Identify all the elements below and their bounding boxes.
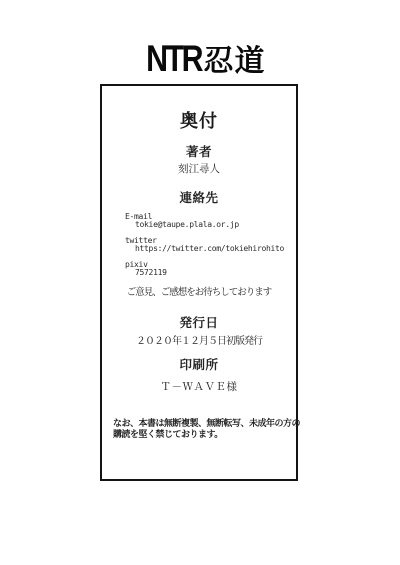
contact-item-pixiv: pixiv 7572119	[125, 261, 296, 277]
printer-section-label: 印刷所	[102, 359, 296, 372]
disclaimer-line-2: 購読を堅く禁じております。	[113, 429, 285, 440]
contact-list: E-mail tokie@taupe.plala.or.jp twitter h…	[102, 213, 296, 277]
publication-date-label: 発行日	[102, 317, 296, 330]
disclaimer: なお、本書は無断複製、無断転写、未成年の方の 購読を堅く禁じております。	[102, 418, 296, 440]
colophon-box: 奥付 著者 刻江尋人 連絡先 E-mail tokie@taupe.plala.…	[100, 84, 298, 481]
pixiv-id: 7572119	[125, 269, 296, 277]
feedback-note: ご意見、ご感想をお待ちしております	[102, 288, 296, 298]
email-value: tokie@taupe.plala.or.jp	[125, 221, 296, 229]
twitter-url: https://twitter.com/tokiehirohito	[125, 245, 296, 253]
author-name: 刻江尋人	[102, 164, 296, 175]
contact-item-twitter: twitter https://twitter.com/tokiehirohit…	[125, 237, 296, 253]
page-title: NTR 忍道	[0, 36, 400, 80]
disclaimer-line-1: なお、本書は無断複製、無断転写、未成年の方の	[113, 418, 285, 429]
title-latin-text: NTR	[147, 38, 202, 80]
publication-date: ２０２０年１２月５日初版発行	[102, 337, 296, 347]
colophon-heading: 奥付	[102, 112, 296, 130]
contact-section-label: 連絡先	[102, 192, 296, 205]
contact-item-email: E-mail tokie@taupe.plala.or.jp	[125, 213, 296, 229]
title-kanji-text: 忍道	[204, 36, 266, 80]
printer-name: Ｔ－ＷＡＶＥ様	[102, 382, 296, 393]
colophon-page: NTR 忍道 奥付 著者 刻江尋人 連絡先 E-mail tokie@taupe…	[0, 0, 400, 565]
author-section-label: 著者	[102, 146, 296, 159]
